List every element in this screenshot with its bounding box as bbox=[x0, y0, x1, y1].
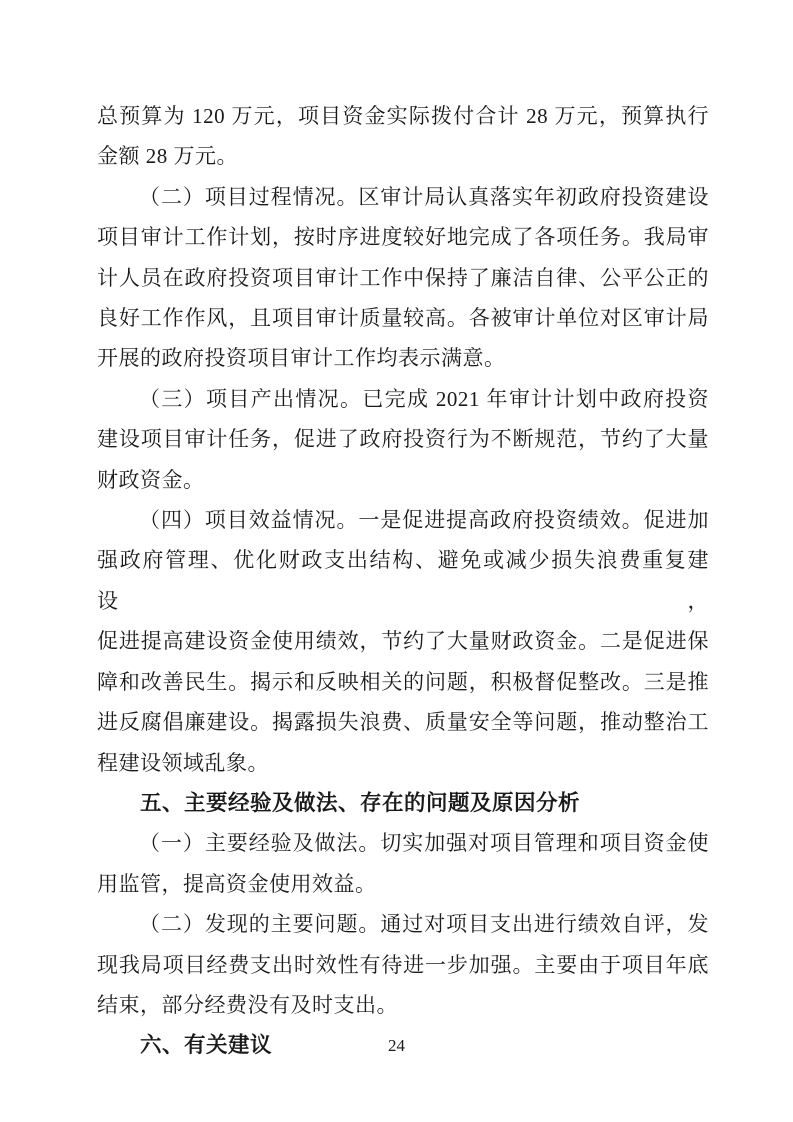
text-line: （四）项目效益情况。一是促进提高政府投资绩效。促进加 bbox=[97, 500, 709, 540]
document-page: 总预算为 120 万元，项目资金实际拨付合计 28 万元，预算执行金额 28 万… bbox=[0, 0, 793, 1122]
text-line: 程建设领域乱象。 bbox=[97, 743, 709, 783]
text-line: （三）项目产出情况。已完成 2021 年审计计划中政府投资 bbox=[97, 379, 709, 419]
text-line: （二）发现的主要问题。通过对项目支出进行绩效自评，发 bbox=[97, 904, 709, 944]
text-line: 项目审计工作计划，按时序进度较好地完成了各项任务。我局审 bbox=[97, 217, 709, 257]
text-line: 促进提高建设资金使用绩效，节约了大量财政资金。二是促进保 bbox=[97, 621, 709, 661]
text-line: 现我局项目经费支出时效性有待进一步加强。主要由于项目年底 bbox=[97, 945, 709, 985]
text-line: 财政资金。 bbox=[97, 460, 709, 500]
text-line: 金额 28 万元。 bbox=[97, 136, 709, 176]
text-line: 开展的政府投资项目审计工作均表示满意。 bbox=[97, 338, 709, 378]
text-line: 良好工作作风，且项目审计质量较高。各被审计单位对区审计局 bbox=[97, 298, 709, 338]
text-line: 进反腐倡廉建设。揭露损失浪费、质量安全等问题，推动整治工 bbox=[97, 702, 709, 742]
page-number: 24 bbox=[0, 1034, 793, 1058]
text-line: 障和改善民生。揭示和反映相关的问题，积极督促整改。三是推 bbox=[97, 662, 709, 702]
text-line: 建设项目审计任务，促进了政府投资行为不断规范，节约了大量 bbox=[97, 419, 709, 459]
text-line: 计人员在政府投资项目审计工作中保持了廉洁自律、公平公正的 bbox=[97, 258, 709, 298]
text-line: 用监管，提高资金使用效益。 bbox=[97, 864, 709, 904]
document-body: 总预算为 120 万元，项目资金实际拨付合计 28 万元，预算执行金额 28 万… bbox=[97, 96, 709, 1066]
text-line: （二）项目过程情况。区审计局认真落实年初政府投资建设 bbox=[97, 177, 709, 217]
text-line: （一）主要经验及做法。切实加强对项目管理和项目资金使 bbox=[97, 823, 709, 863]
text-line: 结束，部分经费没有及时支出。 bbox=[97, 985, 709, 1025]
section-heading: 五、主要经验及做法、存在的问题及原因分析 bbox=[97, 783, 709, 823]
text-line: 总预算为 120 万元，项目资金实际拨付合计 28 万元，预算执行 bbox=[97, 96, 709, 136]
text-line: 强政府管理、优化财政支出结构、避免或减少损失浪费重复建设， bbox=[97, 540, 709, 621]
